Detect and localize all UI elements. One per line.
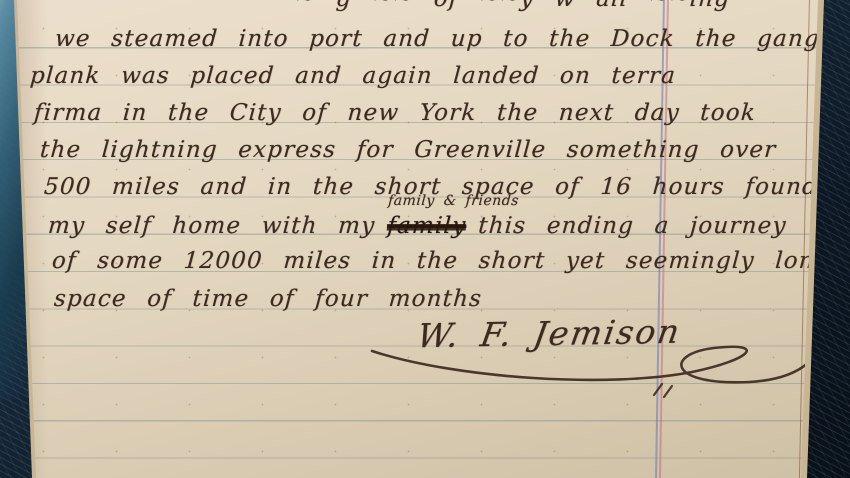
photograph: ~ g ~~ of ~~y w all ~~ing we steamed int… [0,0,850,478]
line-text-post: this ending a journey [477,213,787,239]
handwritten-line-clipped: ~ g ~~ of ~~y w all ~~ing [294,0,731,12]
handwritten-line: firma in the City of new York the next d… [33,100,757,126]
handwritten-line: we steamed into port and up to the Dock … [54,26,821,52]
line-text-pre: my self home with my [47,213,376,239]
handwritten-line: my self home with myfamilythis ending a … [47,213,787,239]
handwritten-line: plank was placed and again landed on ter… [29,63,677,89]
handwritten-line: the lightning express for Greenville som… [39,137,777,163]
interlinear-insertion: family & friends [387,193,519,209]
signature-flourish [358,345,818,403]
handwritten-line: space of time of four months [53,286,483,312]
handwritten-line: of some 12000 miles in the short yet see… [51,248,832,274]
strikethrough-word: family [386,213,467,239]
diary-page: ~ g ~~ of ~~y w all ~~ing we steamed int… [0,0,850,478]
